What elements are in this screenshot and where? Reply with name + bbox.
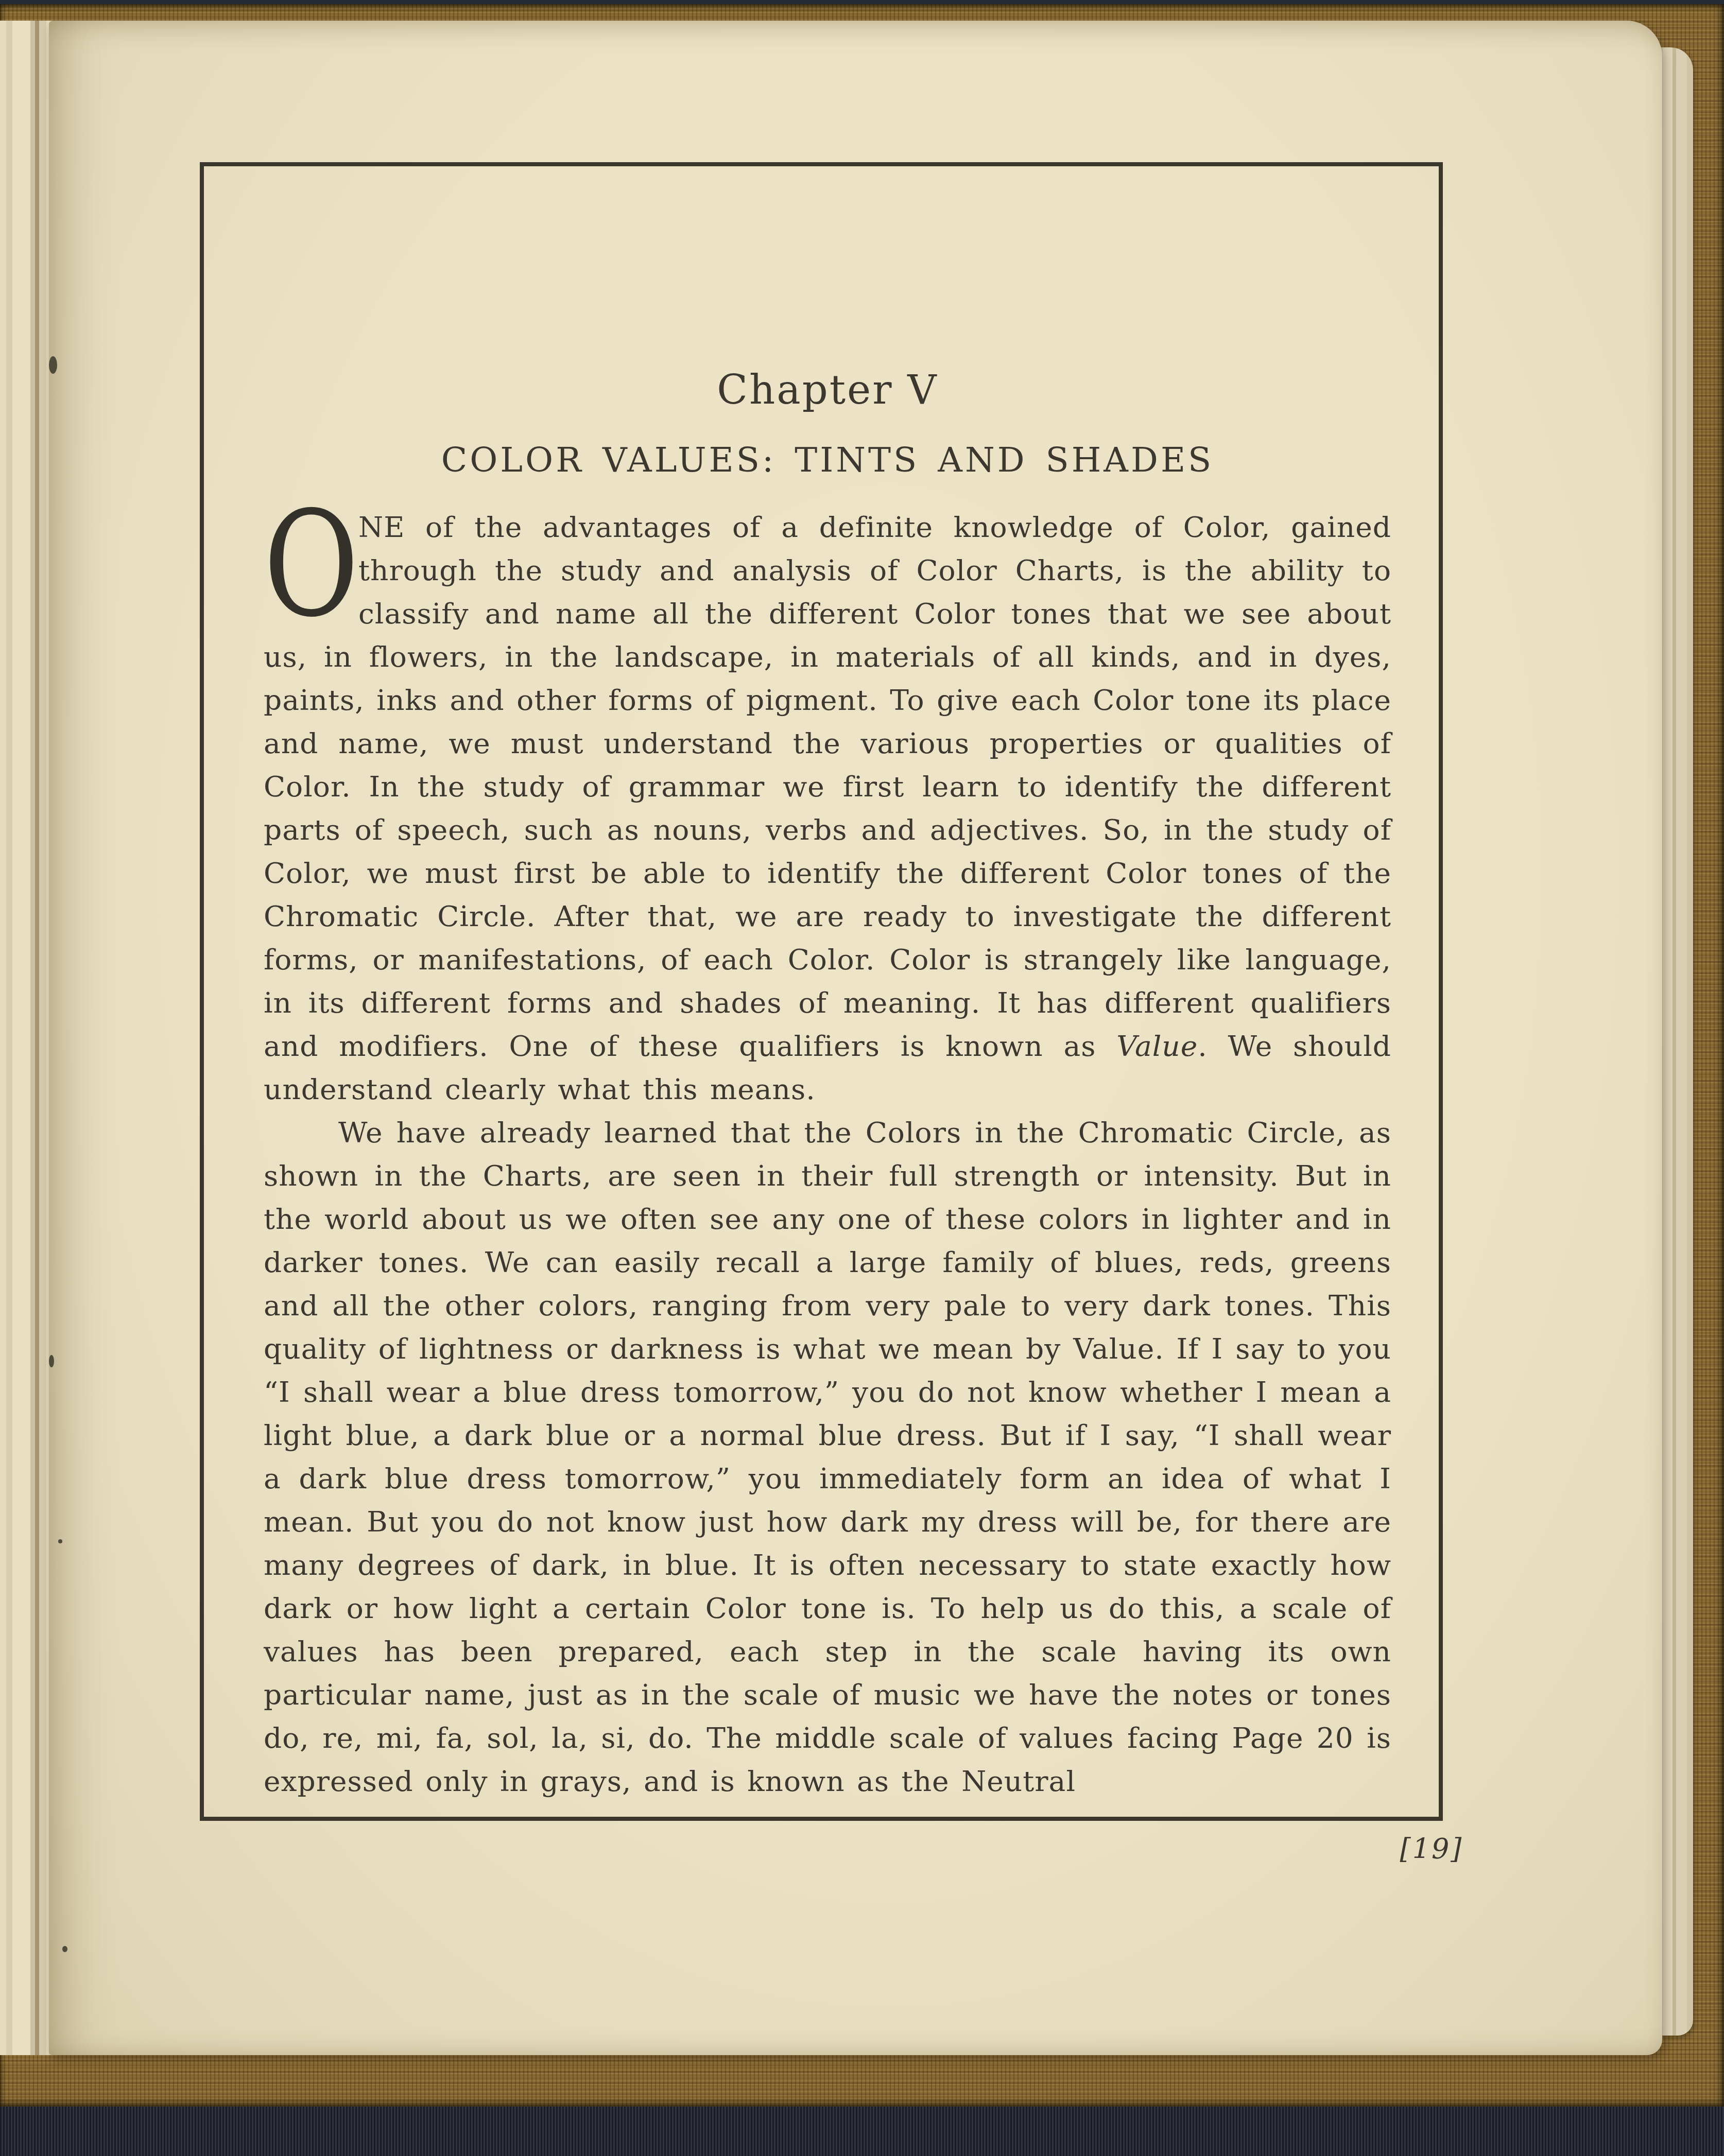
- paragraph-1: ONE of the advantages of a definite know…: [264, 506, 1391, 1111]
- body-text: ONE of the advantages of a definite know…: [264, 506, 1391, 1803]
- binding-speck: [49, 356, 57, 374]
- paragraph-1-italic-word: Value: [1116, 1030, 1198, 1063]
- drop-cap: O: [264, 509, 329, 632]
- binding-speck: [58, 1539, 62, 1543]
- cover-dark-edge-bottom: [0, 2107, 1724, 2156]
- chapter-label: Chapter V: [264, 369, 1391, 412]
- page-title: COLOR VALUES: TINTS AND SHADES: [264, 441, 1391, 480]
- binding-speck: [49, 1355, 54, 1367]
- page-number: [19]: [1385, 1833, 1478, 1865]
- paragraph-1-lead: NE of the advantages of a definite knowl…: [264, 511, 1391, 1063]
- page-content: Chapter V COLOR VALUES: TINTS AND SHADES…: [264, 369, 1391, 1803]
- binding-speck: [62, 1946, 67, 1952]
- page-edges-right: [1660, 47, 1693, 2036]
- book-scan: Chapter V COLOR VALUES: TINTS AND SHADES…: [0, 0, 1724, 2156]
- paragraph-2: We have already learned that the Colors …: [264, 1111, 1391, 1803]
